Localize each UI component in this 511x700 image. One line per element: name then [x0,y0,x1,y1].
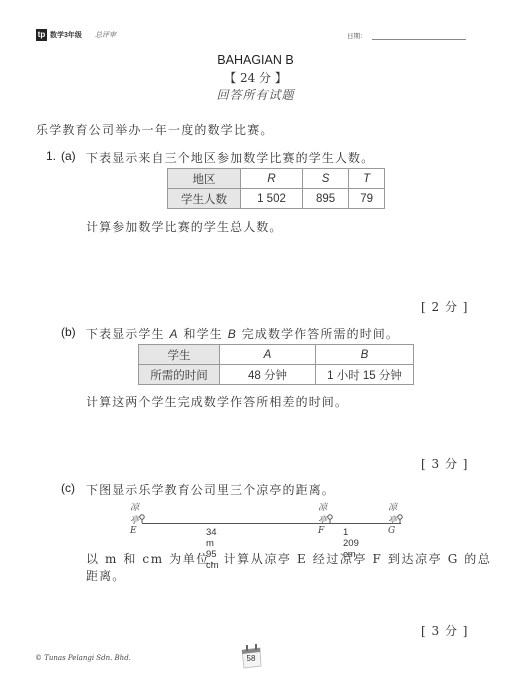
part-c-text: 下图显示乐学教育公司里三个凉亭的距离。 [86,481,335,498]
part-b-marks: [ 3 分 ] [421,455,468,472]
part-b-text: 下表显示学生 A 和学生 B 完成数学作答所需的时间。 [86,325,399,342]
table-cell: A [220,345,316,365]
table-cell: 1 小时 15 分钟 [316,365,414,385]
table-row: 地区 R S T [168,169,385,189]
student-b: B [228,327,237,341]
part-b-label: (b) [61,325,76,339]
copyright: © Tunas Pelangi Sdn. Bhd. [35,654,131,662]
part-a-label: (a) [61,149,76,163]
text: 下表显示学生 [86,327,170,341]
part-c-prompt-line2: 距离。 [86,567,125,584]
table-row: 学生人数 1 502 895 79 [168,189,385,209]
table-row: 所需的时间 48 分钟 1 小时 15 分钟 [139,365,414,385]
distance-line [142,523,401,524]
question-number: 1. [46,149,56,163]
point-g-label: 凉亭 G [388,500,397,536]
book-title: 数学3年级 [50,30,82,40]
section-instruction: 回答所有试题 [0,86,511,103]
publisher-logo: tp [36,29,47,41]
text: 和学生 [179,327,228,341]
table-header-cell: 所需的时间 [139,365,220,385]
section-title: BAHAGIAN B [0,53,511,67]
part-c-label: (c) [61,481,75,495]
table-cell: T [349,169,385,189]
map-pin-icon [139,514,145,523]
table-cell: 48 分钟 [220,365,316,385]
map-pin-icon [397,514,403,523]
table-cell: 1 502 [241,189,303,209]
table-header-cell: 地区 [168,169,241,189]
point-e-label: 凉亭 E [130,500,139,536]
table-cell: S [302,169,348,189]
date-field-line[interactable] [372,39,466,40]
table-cell: B [316,345,414,365]
table-row: 学生 A B [139,345,414,365]
regions-table: 地区 R S T 学生人数 1 502 895 79 [167,168,385,209]
part-a-text: 下表显示来自三个地区参加数学比赛的学生人数。 [86,149,374,166]
book-subtitle: 总评审 [95,30,116,40]
table-header-cell: 学生人数 [168,189,241,209]
table-cell: R [241,169,303,189]
point-f-label: 凉亭 F [318,500,327,536]
part-b-prompt: 计算这两个学生完成数学作答所相差的时间。 [86,393,348,410]
map-pin-icon [327,514,333,523]
student-a: A [170,327,179,341]
part-c-marks: [ 3 分 ] [421,622,468,639]
page-number: 58 [240,654,262,663]
part-a-prompt: 计算参加数学比赛的学生总人数。 [86,218,283,235]
section-marks: 【 24 分 】 [0,69,511,86]
text: 完成数学作答所需的时间。 [237,327,399,341]
table-cell: 79 [349,189,385,209]
time-table: 学生 A B 所需的时间 48 分钟 1 小时 15 分钟 [138,344,414,385]
table-cell: 895 [302,189,348,209]
part-a-marks: [ 2 分 ] [421,298,468,315]
date-label: 日期： [347,31,367,40]
table-header-cell: 学生 [139,345,220,365]
intro-text: 乐学教育公司举办一年一度的数学比赛。 [36,121,274,138]
part-c-prompt-line1: 以 m 和 cm 为单位，计算从凉亭 E 经过凉亭 F 到达凉亭 G 的总 [86,550,492,567]
